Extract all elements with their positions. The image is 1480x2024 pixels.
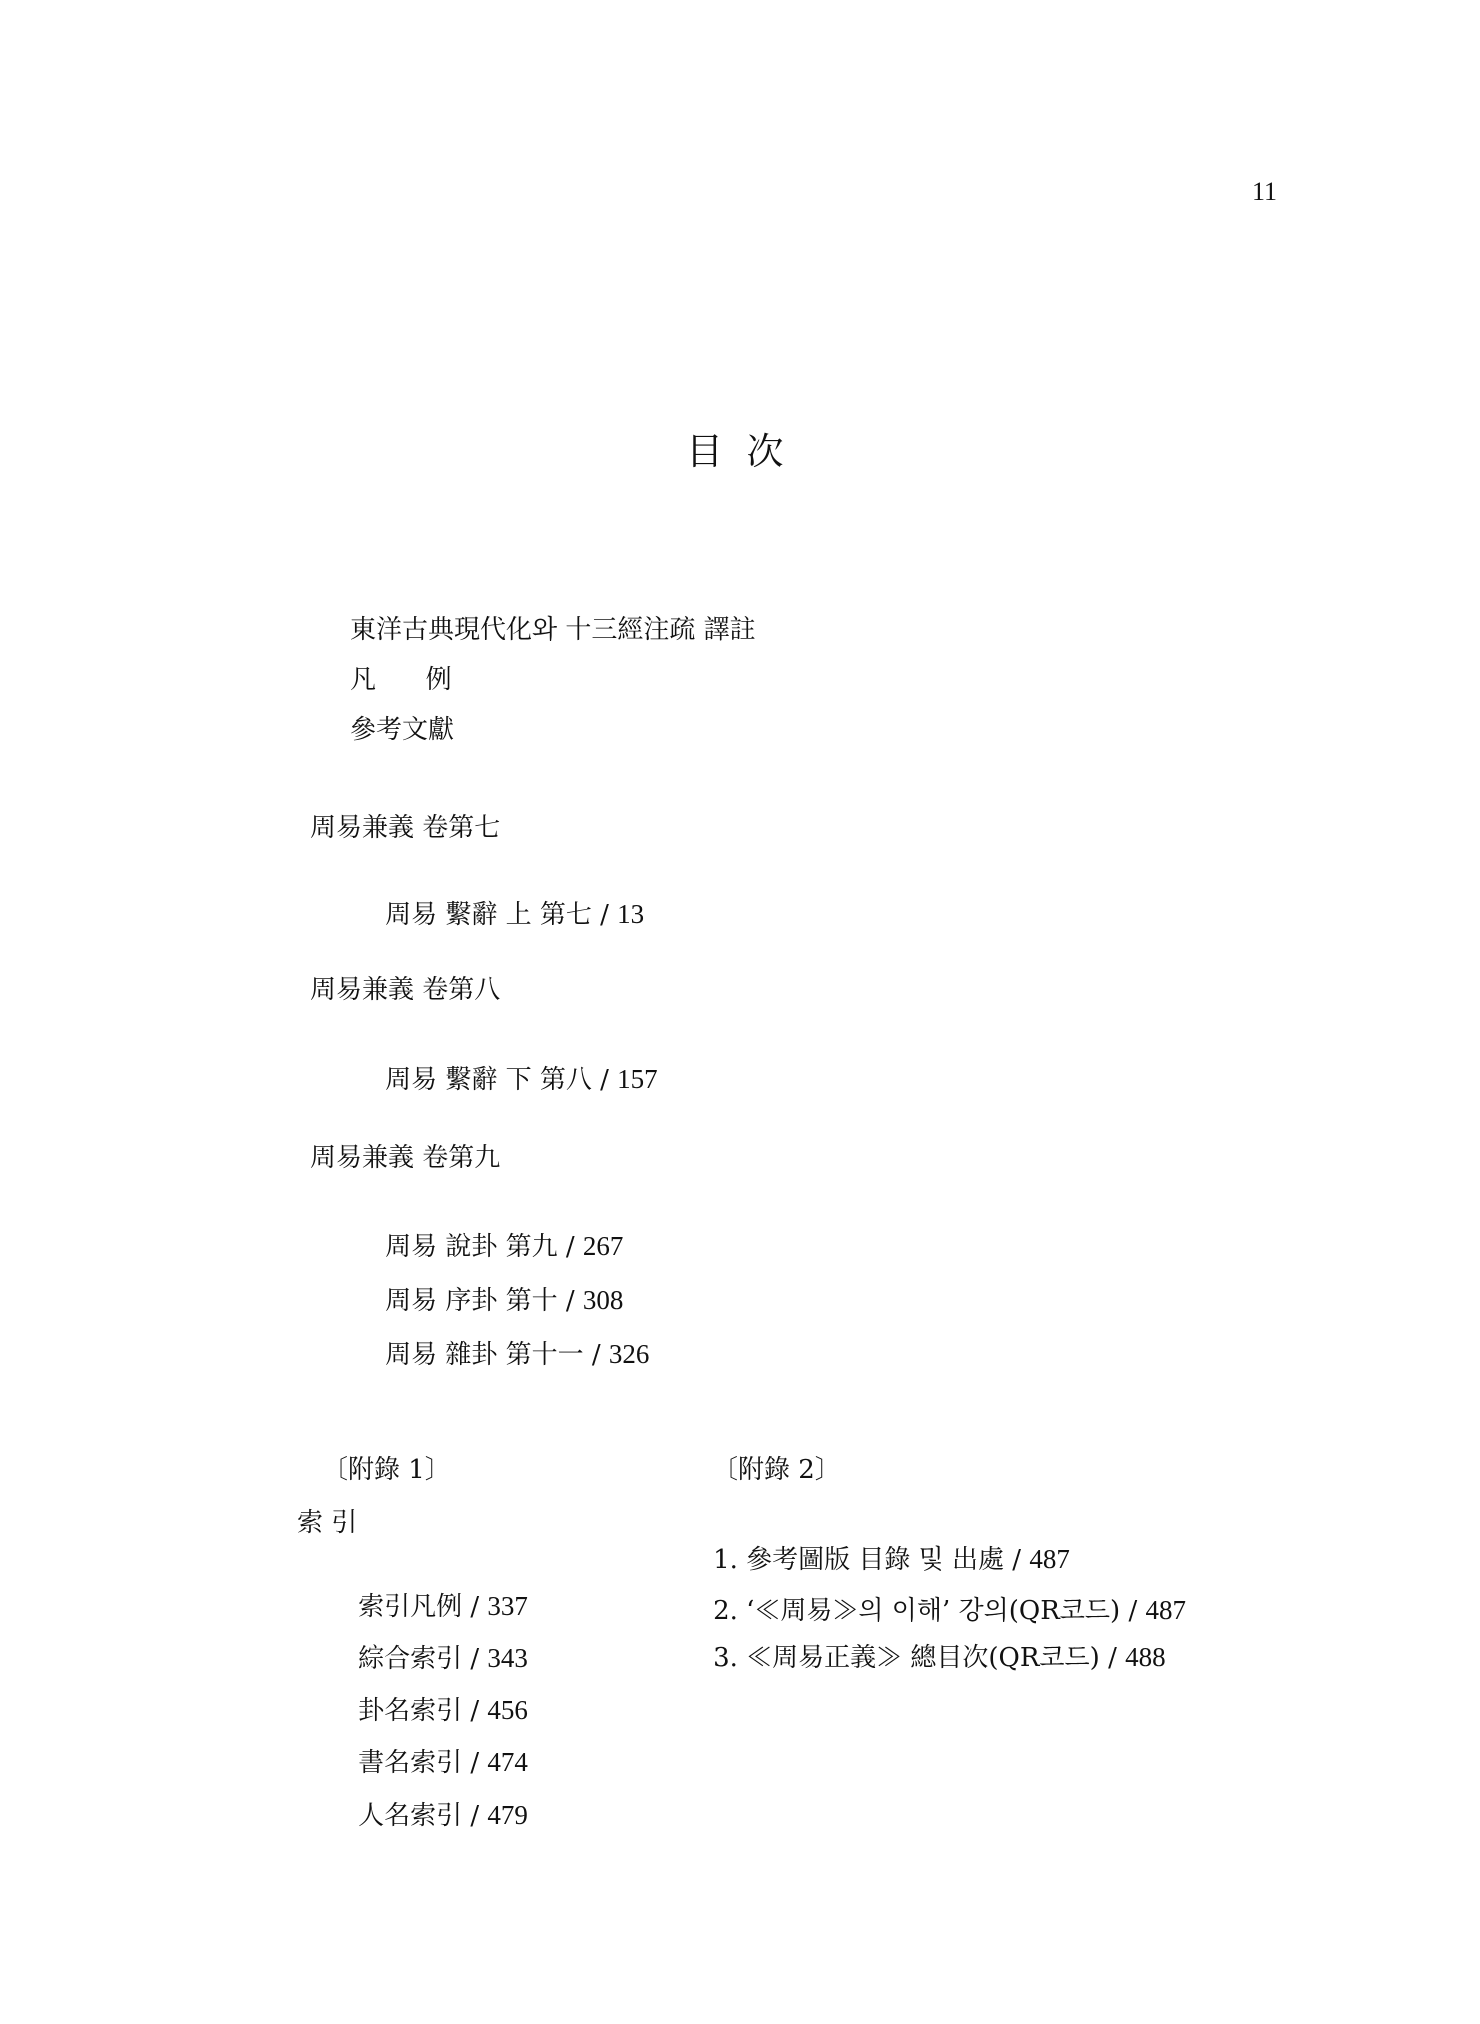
toc-entry-label: 周易 繫辭 上 第七 / bbox=[385, 900, 617, 930]
toc-entry-label: 3. ≪周易正義≫ 總目次(QR코드) / bbox=[713, 1643, 1125, 1673]
toc-entry-references[interactable]: 參考文獻 bbox=[350, 714, 454, 746]
toc-entry[interactable]: 周易 繫辭 下 第八 / 157 bbox=[352, 1031, 658, 1128]
toc-entry-page: 488 bbox=[1125, 1642, 1166, 1672]
page-number: 11 bbox=[1252, 176, 1277, 208]
toc-entry-label: 周易 繫辭 下 第八 / bbox=[385, 1065, 617, 1095]
toc-entry[interactable]: 人名索引 / 479 bbox=[325, 1767, 528, 1864]
toc-section-heading: 周易兼義 卷第九 bbox=[310, 1142, 500, 1174]
toc-entry[interactable]: 周易 雜卦 第十一 / 326 bbox=[352, 1306, 649, 1403]
toc-entry-page: 157 bbox=[617, 1064, 658, 1094]
toc-entry-page: 13 bbox=[617, 899, 644, 929]
toc-entry-page: 479 bbox=[487, 1800, 528, 1830]
book-page: 11 目 次 東洋古典現代化와 十三經注疏 譯註 凡 例 參考文獻 周易兼義 卷… bbox=[0, 0, 1480, 2024]
toc-entry[interactable]: 周易 繫辭 上 第七 / 13 bbox=[352, 866, 644, 963]
toc-entry[interactable]: 3. ≪周易正義≫ 總目次(QR코드) / 488 bbox=[680, 1609, 1166, 1706]
page-title: 目 次 bbox=[686, 430, 784, 474]
toc-entry-page: 326 bbox=[609, 1339, 650, 1369]
appendix2-header: 〔附錄 2〕 bbox=[712, 1454, 841, 1486]
appendix1-header: 〔附錄 1〕 bbox=[322, 1454, 451, 1486]
appendix1-group-title: 索 引 bbox=[297, 1507, 357, 1539]
toc-section-heading: 周易兼義 卷第八 bbox=[310, 974, 500, 1006]
toc-entry-label: 周易 雜卦 第十一 / bbox=[385, 1340, 609, 1370]
toc-entry-conventions[interactable]: 凡 例 bbox=[350, 664, 452, 696]
toc-entry-intro[interactable]: 東洋古典現代化와 十三經注疏 譯註 bbox=[350, 614, 756, 646]
toc-section-heading: 周易兼義 卷第七 bbox=[310, 812, 500, 844]
toc-entry-label: 人名索引 / bbox=[358, 1801, 487, 1831]
